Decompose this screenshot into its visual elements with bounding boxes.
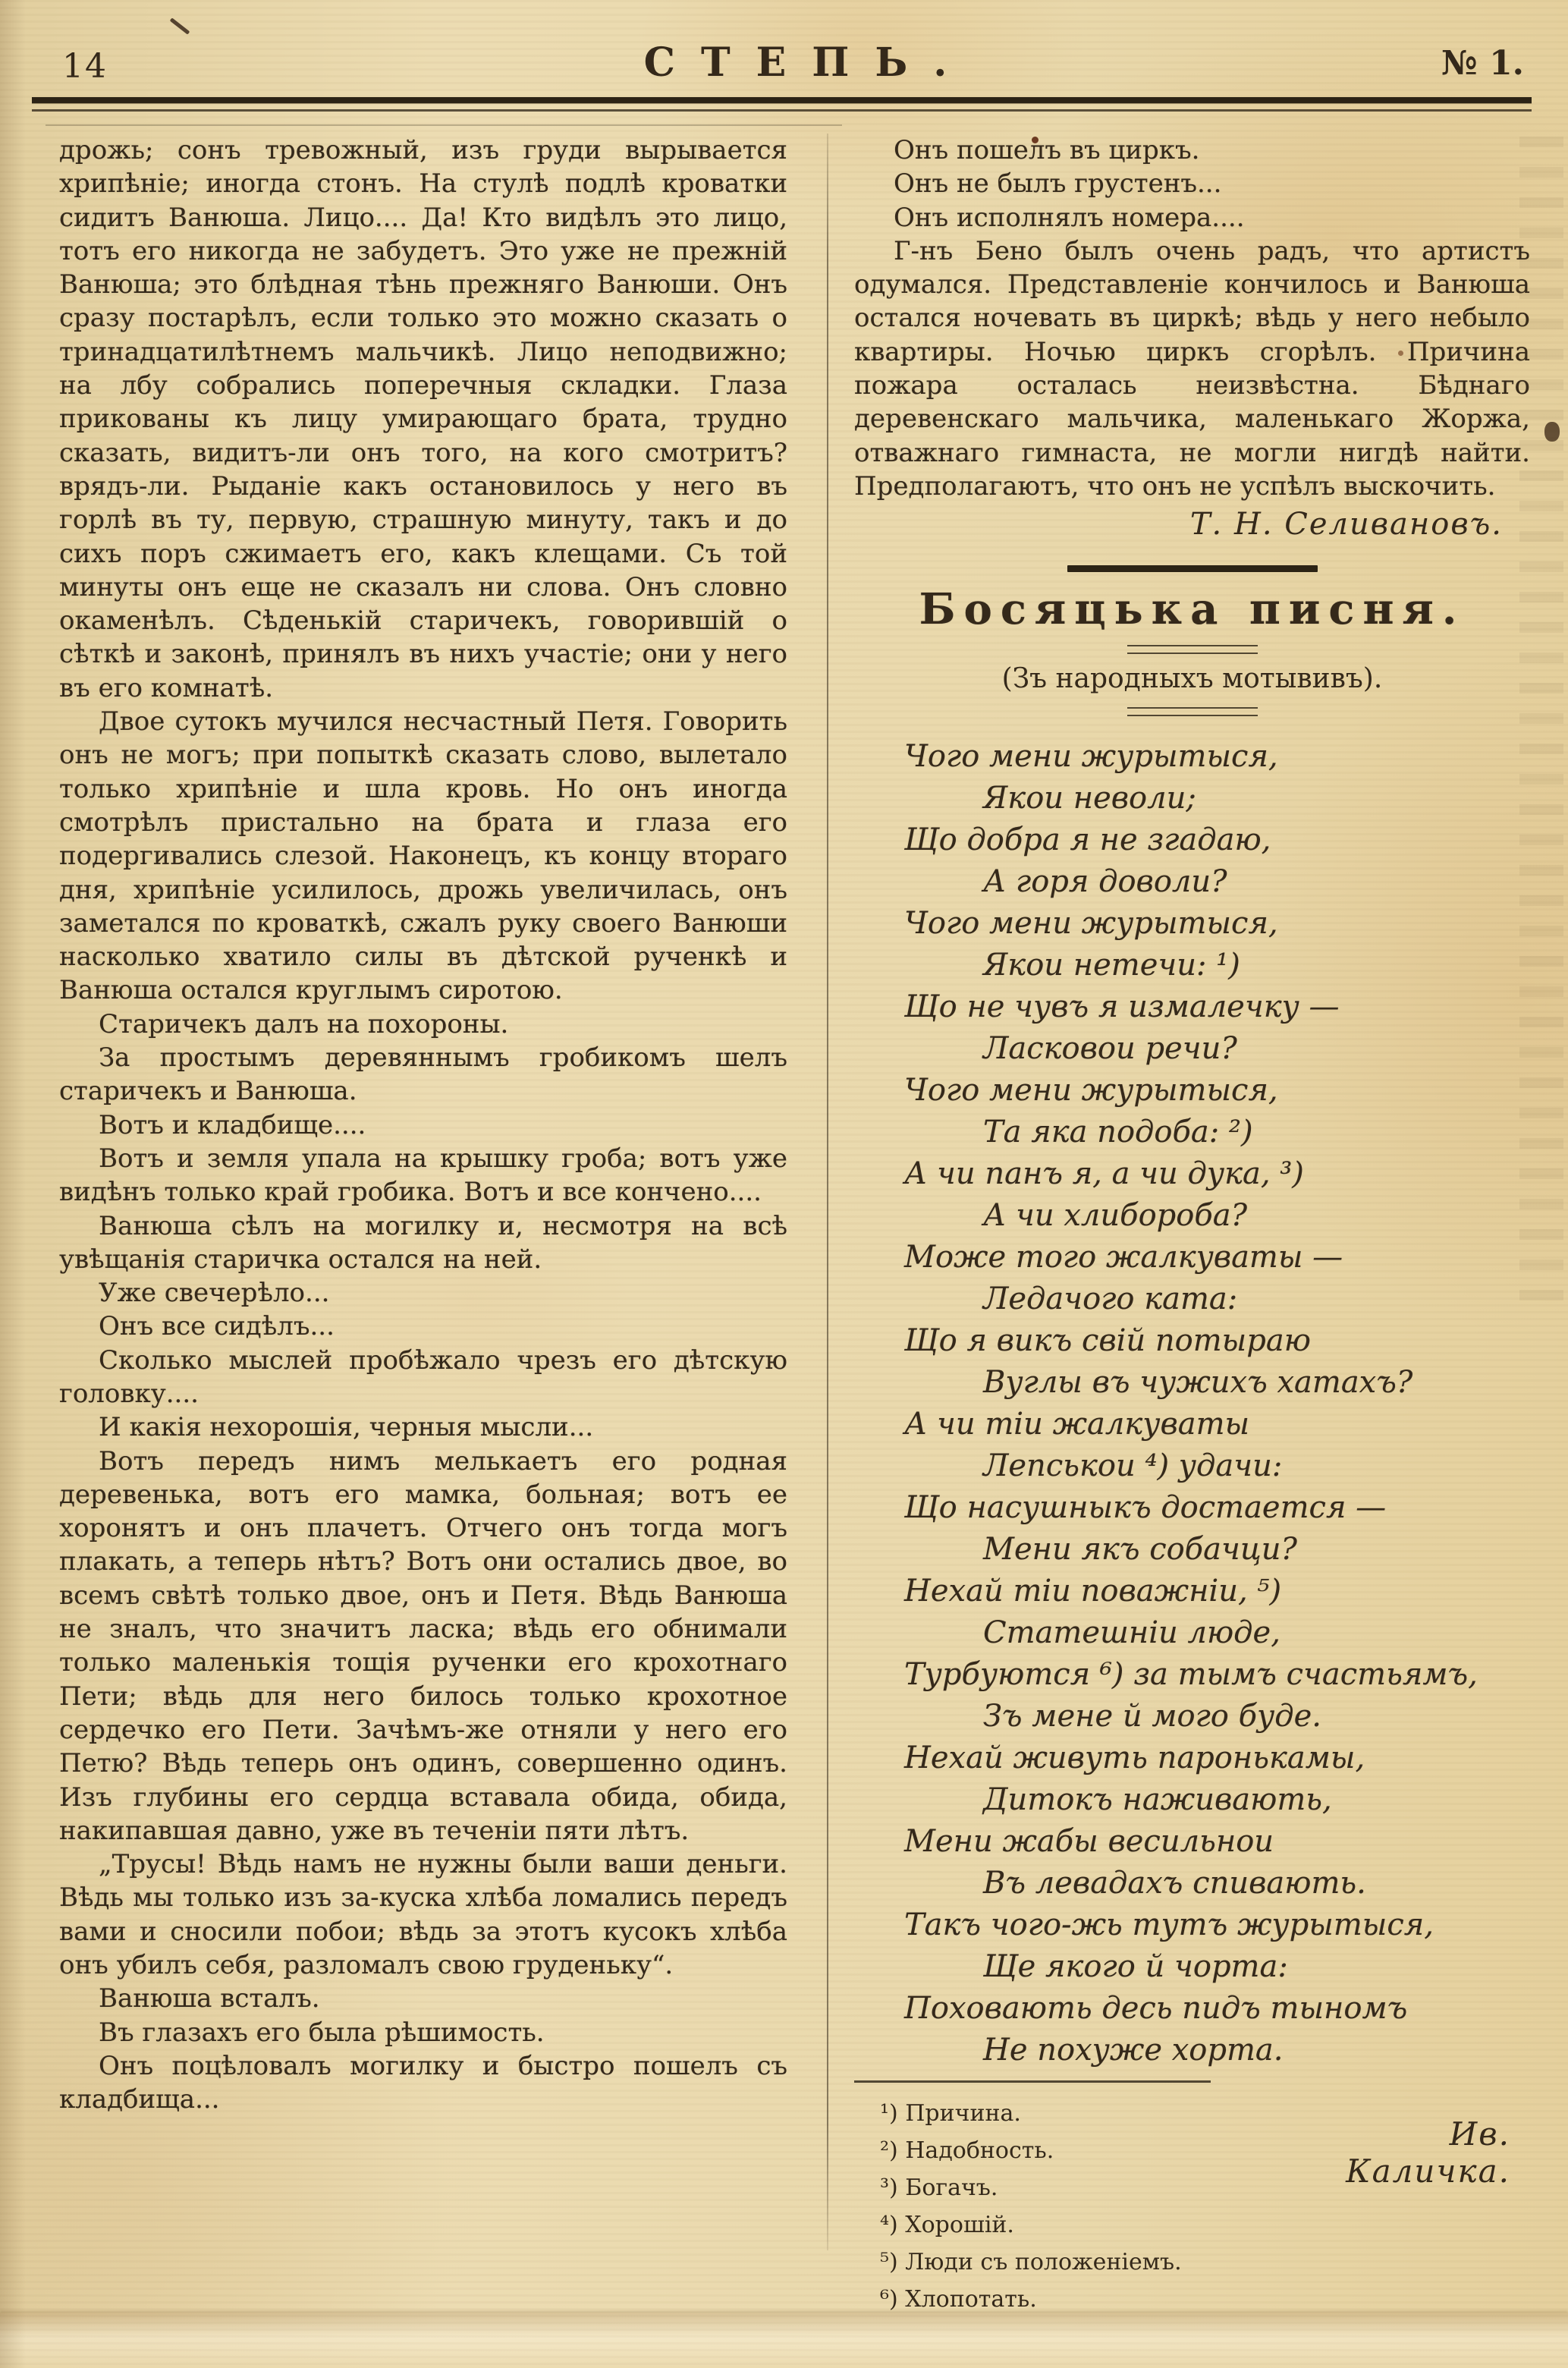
story-paragraph: Онъ исполнялъ номера....: [854, 201, 1530, 234]
poem-line: Вуглы въ чужихъ хатахъ?: [904, 1362, 1530, 1404]
footnote-area: ¹) Причина.²) Надобность.³) Богачъ.⁴) Хо…: [854, 2080, 1530, 2318]
footnote-item: ²) Надобность.: [854, 2132, 1324, 2169]
poem-author-signature: Ив. Каличка.: [1324, 2115, 1530, 2318]
header-rule-thick: [32, 97, 1532, 103]
footnotes-block: ¹) Причина.²) Надобность.³) Богачъ.⁴) Хо…: [854, 2080, 1324, 2318]
poem-line: А чи хлибороба?: [904, 1195, 1530, 1237]
poem-line: Лепськои ⁴) удачи:: [904, 1445, 1530, 1487]
poem-line: А чи тіи жалкуваты: [904, 1404, 1530, 1445]
masthead-title: СТЕПЬ.: [62, 39, 1529, 86]
poem-line: Статешніи люде,: [904, 1612, 1530, 1654]
poem-line: Ласковои речи?: [904, 1028, 1530, 1070]
poem-line: Въ левадахъ спивають.: [904, 1863, 1530, 1904]
ink-speck: [1398, 351, 1403, 356]
story-paragraph: дрожь; сонъ тревожный, изъ груди вырывае…: [59, 134, 787, 705]
story-paragraph: Онъ поцѣловалъ могилку и быстро пошелъ с…: [59, 2049, 787, 2117]
ink-speck: [1544, 422, 1560, 442]
poem-line: Якои нетечи: ¹): [904, 945, 1530, 986]
poem-line: Зъ мене й мого буде.: [904, 1696, 1530, 1737]
issue-number: № 1.: [1441, 44, 1524, 83]
ink-speck: [170, 17, 190, 34]
page-left-edge-shadow: [0, 0, 26, 2368]
poem-double-rule-top: [1127, 645, 1258, 654]
poem-line: Поховають десь пидъ тыномъ: [904, 1988, 1530, 2030]
poem-line: Може того жалкуваты —: [904, 1237, 1530, 1278]
poem-line: Ще якого й чорта:: [904, 1946, 1530, 1988]
story-paragraph: И какія нехорошія, черныя мысли...: [59, 1410, 787, 1444]
poem-line: Чого мени журытыся,: [904, 1070, 1530, 1112]
poem-line: Турбуются ⁶) за тымъ счастьямъ,: [904, 1654, 1530, 1696]
story-paragraph: Онъ пошелъ въ циркъ.: [854, 134, 1530, 167]
poem-line: Ледачого ката:: [904, 1278, 1530, 1320]
story-paragraph: Старичекъ далъ на похороны.: [59, 1008, 787, 1041]
footnote-item: ¹) Причина.: [854, 2095, 1324, 2132]
poem-body: Чого мени журытыся,Якои неволи;Що добра …: [854, 736, 1530, 2071]
story-author-signature: Т. Н. Селивановъ.: [854, 506, 1530, 542]
footnote-rule: [854, 2080, 1211, 2083]
story-paragraph: Вотъ передъ нимъ мелькаетъ его родная де…: [59, 1445, 787, 1848]
poem-line: Що не чувъ я измалечку —: [904, 986, 1530, 1028]
footnote-item: ⁵) Люди съ положеніемъ.: [854, 2244, 1324, 2281]
poem-line: Мени якъ собачци?: [904, 1529, 1530, 1571]
story-paragraph: Уже свечерѣло...: [59, 1276, 787, 1310]
poem-double-rule-bottom: [1127, 707, 1258, 716]
footnote-item: ⁴) Хорошій.: [854, 2206, 1324, 2244]
poem-line: Та яка подоба: ²): [904, 1112, 1530, 1153]
story-paragraph: За простымъ деревяннымъ гробикомъ шелъ с…: [59, 1041, 787, 1109]
story-paragraph: Сколько мыслей пробѣжало чрезъ его дѣтск…: [59, 1344, 787, 1411]
newspaper-page: 14 СТЕПЬ. № 1. дрожь; сонъ тревожный, из…: [0, 0, 1568, 2368]
poem-line: Мени жабы весильнои: [904, 1821, 1530, 1863]
story-paragraph: Двое сутокъ мучился несчастный Петя. Гов…: [59, 705, 787, 1008]
story-paragraph: Въ глазахъ его была рѣшимость.: [59, 2016, 787, 2049]
page-bottom-edge: [0, 2313, 1568, 2368]
poem-line: Що я викъ свій потыраю: [904, 1320, 1530, 1362]
section-divider-rule: [1067, 565, 1318, 572]
poem-line: Дитокъ наживають,: [904, 1779, 1530, 1821]
footnote-item: ³) Богачъ.: [854, 2169, 1324, 2206]
poem-line: Не похуже хорта.: [904, 2030, 1530, 2071]
story-paragraph: Г-нъ Бено былъ очень радъ, что артистъ о…: [854, 234, 1530, 503]
poem-line: А чи панъ я, а чи дука, ³): [904, 1153, 1530, 1195]
story-ending: Онъ пошелъ въ циркъ.Онъ не былъ грустенъ…: [854, 134, 1530, 503]
story-paragraph: Вотъ и кладбище....: [59, 1109, 787, 1142]
poem-line: А горя доволи?: [904, 861, 1530, 903]
footnotes-list: ¹) Причина.²) Надобность.³) Богачъ.⁴) Хо…: [854, 2095, 1324, 2318]
poem-line: Нехай живуть паронькамы,: [904, 1737, 1530, 1779]
story-paragraph: Ванюша сѣлъ на могилку и, несмотря на вс…: [59, 1209, 787, 1277]
poem-line: Такъ чого-жь тутъ журытыся,: [904, 1904, 1530, 1946]
story-paragraph: Онъ все сидѣлъ...: [59, 1310, 787, 1343]
story-paragraph: Вотъ и земля упала на крышку гроба; вотъ…: [59, 1142, 787, 1209]
poem-subtitle: (Зъ народныхъ мотывивъ).: [854, 662, 1530, 697]
header-rule-faint: [46, 124, 842, 126]
story-paragraph: Ванюша всталъ.: [59, 1982, 787, 2015]
poem-line: Що насушныкъ достается —: [904, 1487, 1530, 1529]
poem-line: Якои неволи;: [904, 778, 1530, 819]
story-paragraph: Онъ не былъ грустенъ...: [854, 167, 1530, 200]
right-column: Онъ пошелъ въ циркъ.Онъ не былъ грустенъ…: [854, 134, 1530, 2318]
left-column-story: дрожь; сонъ тревожный, изъ груди вырывае…: [59, 134, 787, 2318]
text-columns: дрожь; сонъ тревожный, изъ груди вырывае…: [59, 134, 1530, 2318]
poem-line: Нехай тіи поважніи, ⁵): [904, 1571, 1530, 1612]
ink-speck: [1032, 137, 1039, 143]
poem-line: Що добра я не згадаю,: [904, 819, 1530, 861]
header-rule-thin: [32, 109, 1532, 112]
poem-title: Босяцька писня.: [854, 584, 1530, 634]
page-header: 14 СТЕПЬ. № 1.: [62, 39, 1529, 94]
poem-line: Чого мени журытыся,: [904, 736, 1530, 778]
poem-line: Чого мени журытыся,: [904, 903, 1530, 945]
story-paragraph: „Трусы! Вѣдь намъ не нужны были ваши ден…: [59, 1848, 787, 1982]
